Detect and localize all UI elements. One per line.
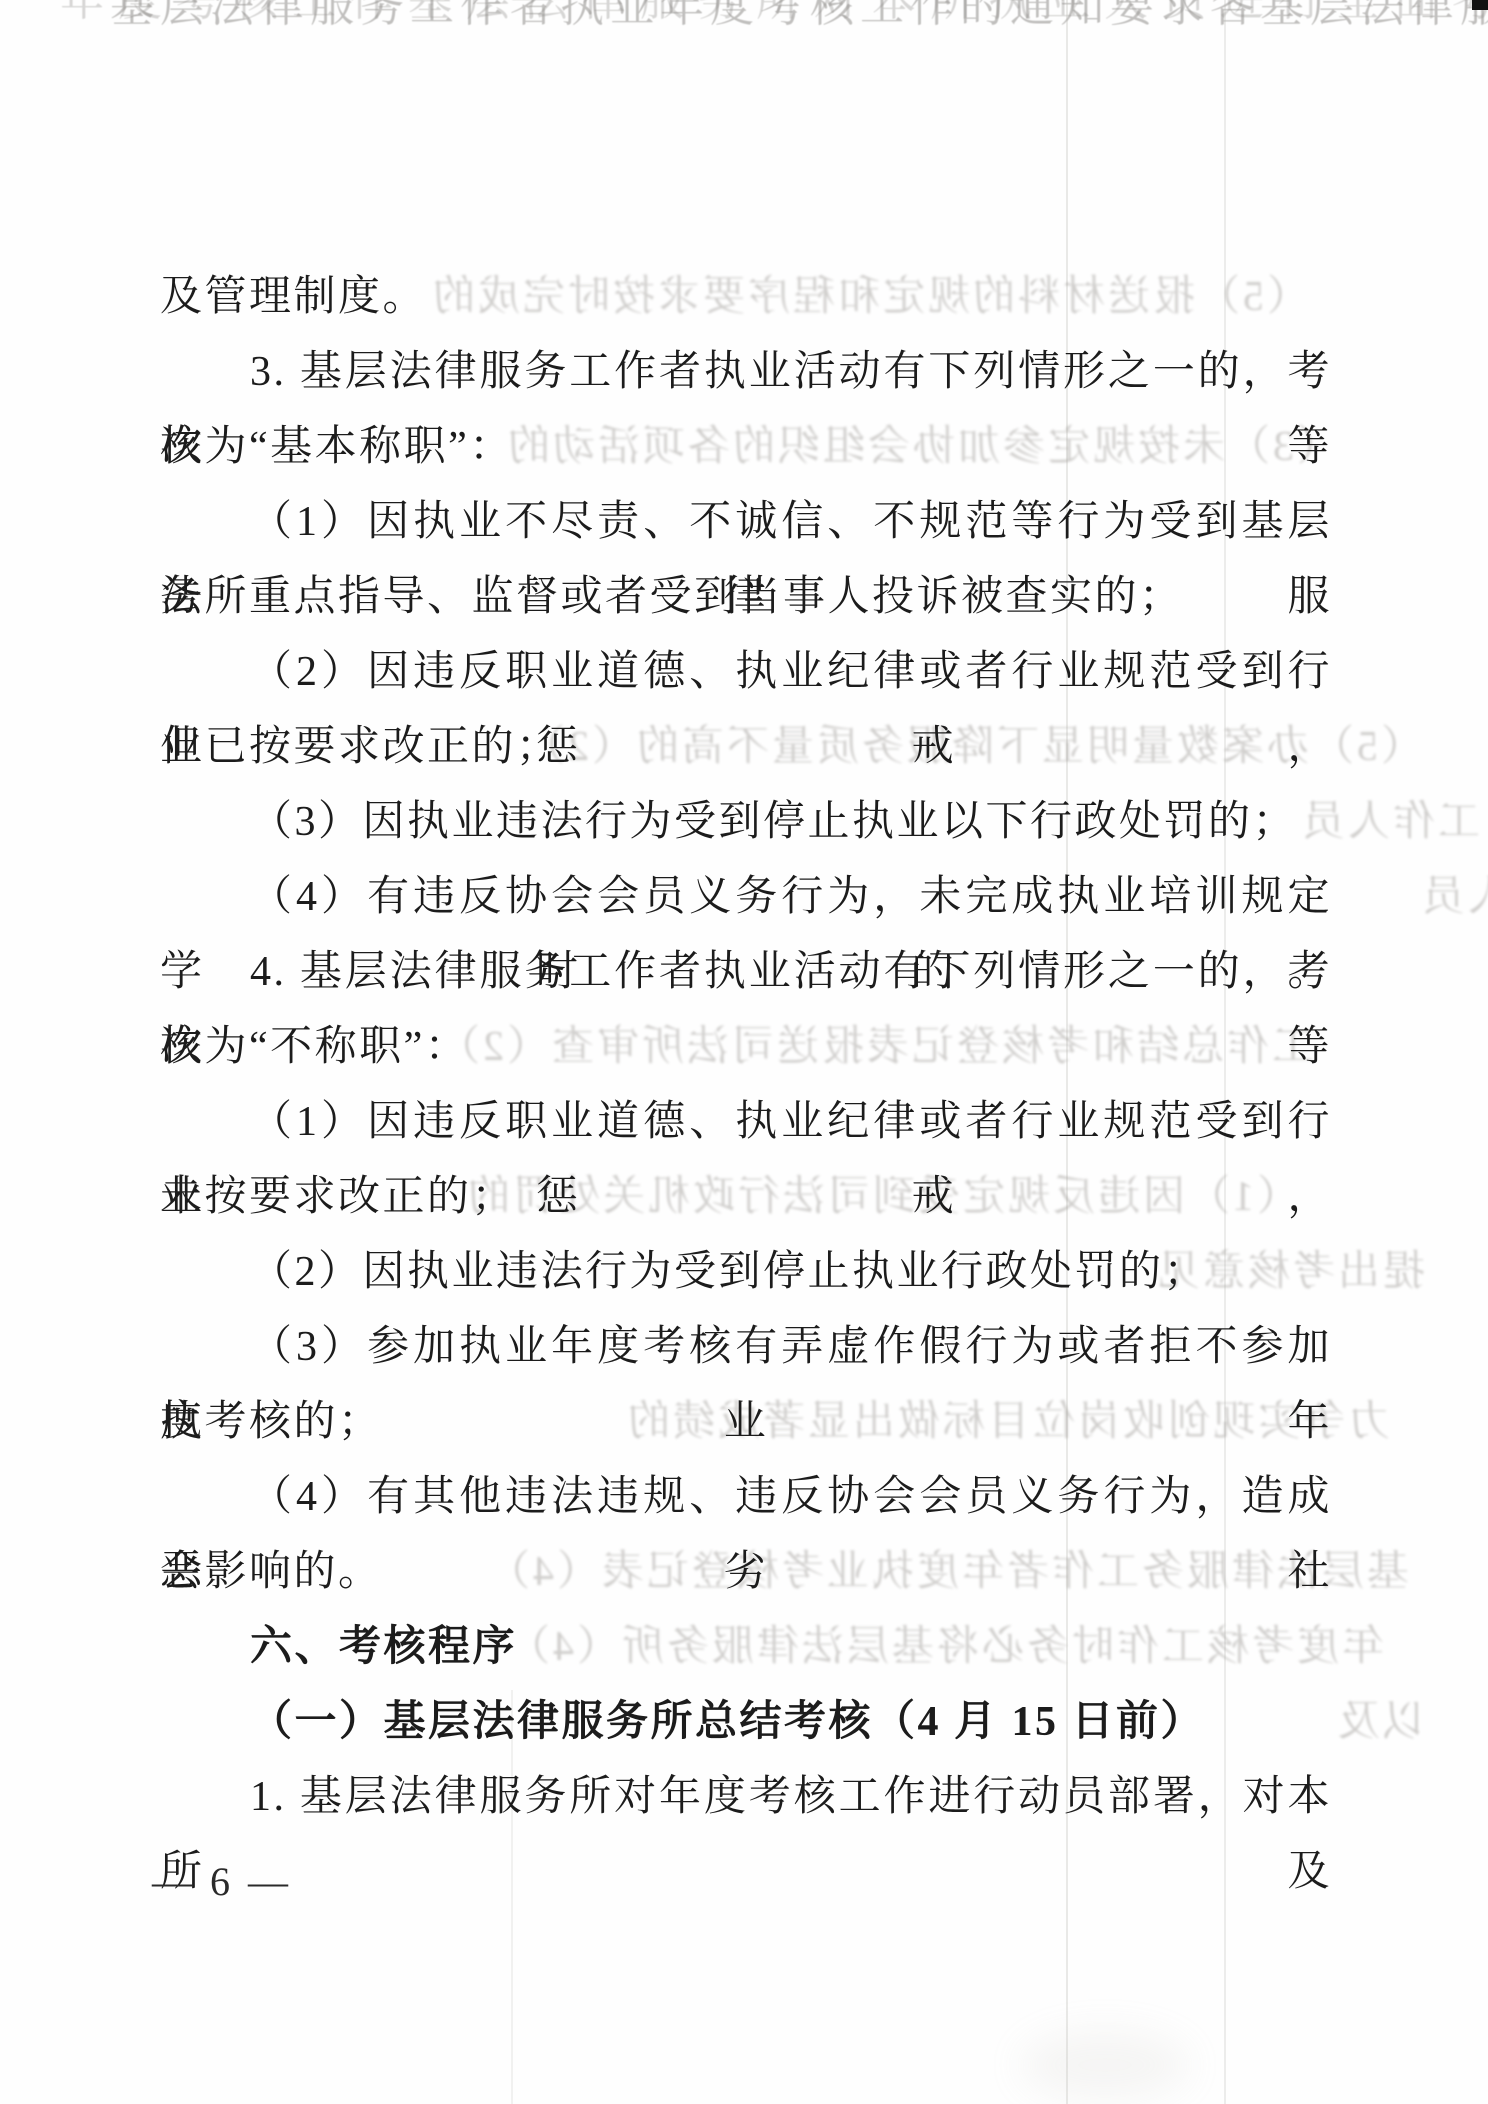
text-line: 4. 基层法律服务工作者执业活动有下列情形之一的，考核等 — [160, 935, 1332, 1010]
text-line: 六、考核程序 — [160, 1610, 1332, 1685]
scan-noise-fragment: 基层法律服务工作者执业年度考核工作的通知要求各基层法律服务所认真组织 — [110, 0, 1488, 34]
bleed-through-line: 以及 — [1335, 1685, 1425, 1760]
scan-smudge — [1020, 2030, 1190, 2100]
text-line: 3. 基层法律服务工作者执业活动有下列情形之一的，考核等 — [160, 335, 1332, 410]
text-line: （4）有违反协会会员义务行为，未完成执业培训规定学时的。 — [160, 860, 1332, 935]
text-line: （3）因执业违法行为受到停止执业以下行政处罚的； — [160, 785, 1332, 860]
text-line: （1）因违反职业道德、执业纪律或者行业规范受到行业惩戒， — [160, 1085, 1332, 1160]
text-line: （一）基层法律服务所总结考核（4 月 15 日前） — [160, 1685, 1332, 1760]
document-page: 基层法律服务工作者执业年度考核工作的通知要求各基层法律服务所认真组织 年度考核工… — [0, 0, 1488, 2104]
document-body: 及管理制度。3. 基层法律服务工作者执业活动有下列情形之一的，考核等次为“基本称… — [160, 260, 1332, 1835]
page-number: — 6 — — [152, 1858, 292, 1905]
scan-noise-fragment: 年度考核工作基层法律服务所对本所执业人员进行全面考核评议等次 — [60, 0, 1488, 28]
scan-noise-top: 基层法律服务工作者执业年度考核工作的通知要求各基层法律服务所认真组织 年度考核工… — [0, 0, 1488, 46]
text-line: （1）因执业不尽责、不诚信、不规范等行为受到基层法律服 — [160, 485, 1332, 560]
bleed-through-line: 人员 — [1420, 860, 1488, 935]
text-line: （4）有其他违法违规、违反协会会员义务行为，造成恶劣社 — [160, 1460, 1332, 1535]
text-line: 及管理制度。 — [160, 260, 1332, 335]
text-line: 1. 基层法律服务所对年度考核工作进行动员部署，对本所及 — [160, 1760, 1332, 1835]
text-line: （2）因违反职业道德、执业纪律或者行业规范受到行业惩戒， — [160, 635, 1332, 710]
text-line: 务所重点指导、监督或者受到当事人投诉被查实的； — [160, 560, 1332, 635]
scan-corner-artifact — [1472, 0, 1488, 10]
text-line: （3）参加执业年度考核有弄虚作假行为或者拒不参加执业年 — [160, 1310, 1332, 1385]
text-line: （2）因执业违法行为受到停止执业行政处罚的； — [160, 1235, 1332, 1310]
